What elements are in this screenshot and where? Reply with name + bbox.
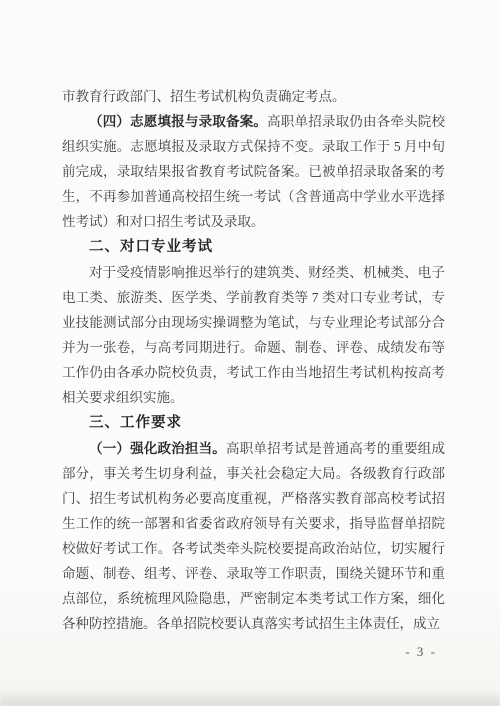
section-heading-3: 三、工作要求: [62, 410, 445, 436]
paragraph-duikou-exam: 对于受疫情影响推迟举行的建筑类、财经类、机械类、电子电工类、旅游类、医学类、学前…: [62, 260, 445, 410]
paragraph-continuation: 市教育行政部门、招生考试机构负责确定考点。: [62, 84, 445, 109]
section-heading-2: 二、对口专业考试: [62, 234, 445, 260]
section-heading-text: 二、对口专业考试: [89, 239, 213, 255]
paragraph-lead-in: （四）志愿填报与录取备案。: [89, 114, 267, 129]
paragraph-text: 高职单招录取仍由各牵头院校组织实施。志愿填报及录取方式保持不变。录取工作于 5 …: [62, 114, 445, 229]
page-number: - 3 -: [405, 644, 437, 660]
document-page: 市教育行政部门、招生考试机构负责确定考点。 （四）志愿填报与录取备案。高职单招录…: [0, 0, 500, 706]
paragraph-work-requirement-1: （一）强化政治担当。高职单招考试是普通高考的重要组成部分，事关考生切身利益，事关…: [62, 436, 445, 636]
paragraph-text: 对于受疫情影响推迟举行的建筑类、财经类、机械类、电子电工类、旅游类、医学类、学前…: [62, 265, 445, 405]
paragraph-text: 市教育行政部门、招生考试机构负责确定考点。: [62, 89, 346, 104]
document-text: 市教育行政部门、招生考试机构负责确定考点。 （四）志愿填报与录取备案。高职单招录…: [62, 84, 445, 636]
section-heading-text: 三、工作要求: [89, 415, 182, 431]
paragraph-text: 高职单招考试是普通高考的重要组成部分，事关考生切身利益，事关社会稳定大局。各级教…: [62, 441, 445, 631]
paragraph-lead-in: （一）强化政治担当。: [89, 441, 226, 456]
paragraph-volunteer-filing: （四）志愿填报与录取备案。高职单招录取仍由各牵头院校组织实施。志愿填报及录取方式…: [62, 109, 445, 234]
scan-edge-artifact: [0, 690, 500, 706]
